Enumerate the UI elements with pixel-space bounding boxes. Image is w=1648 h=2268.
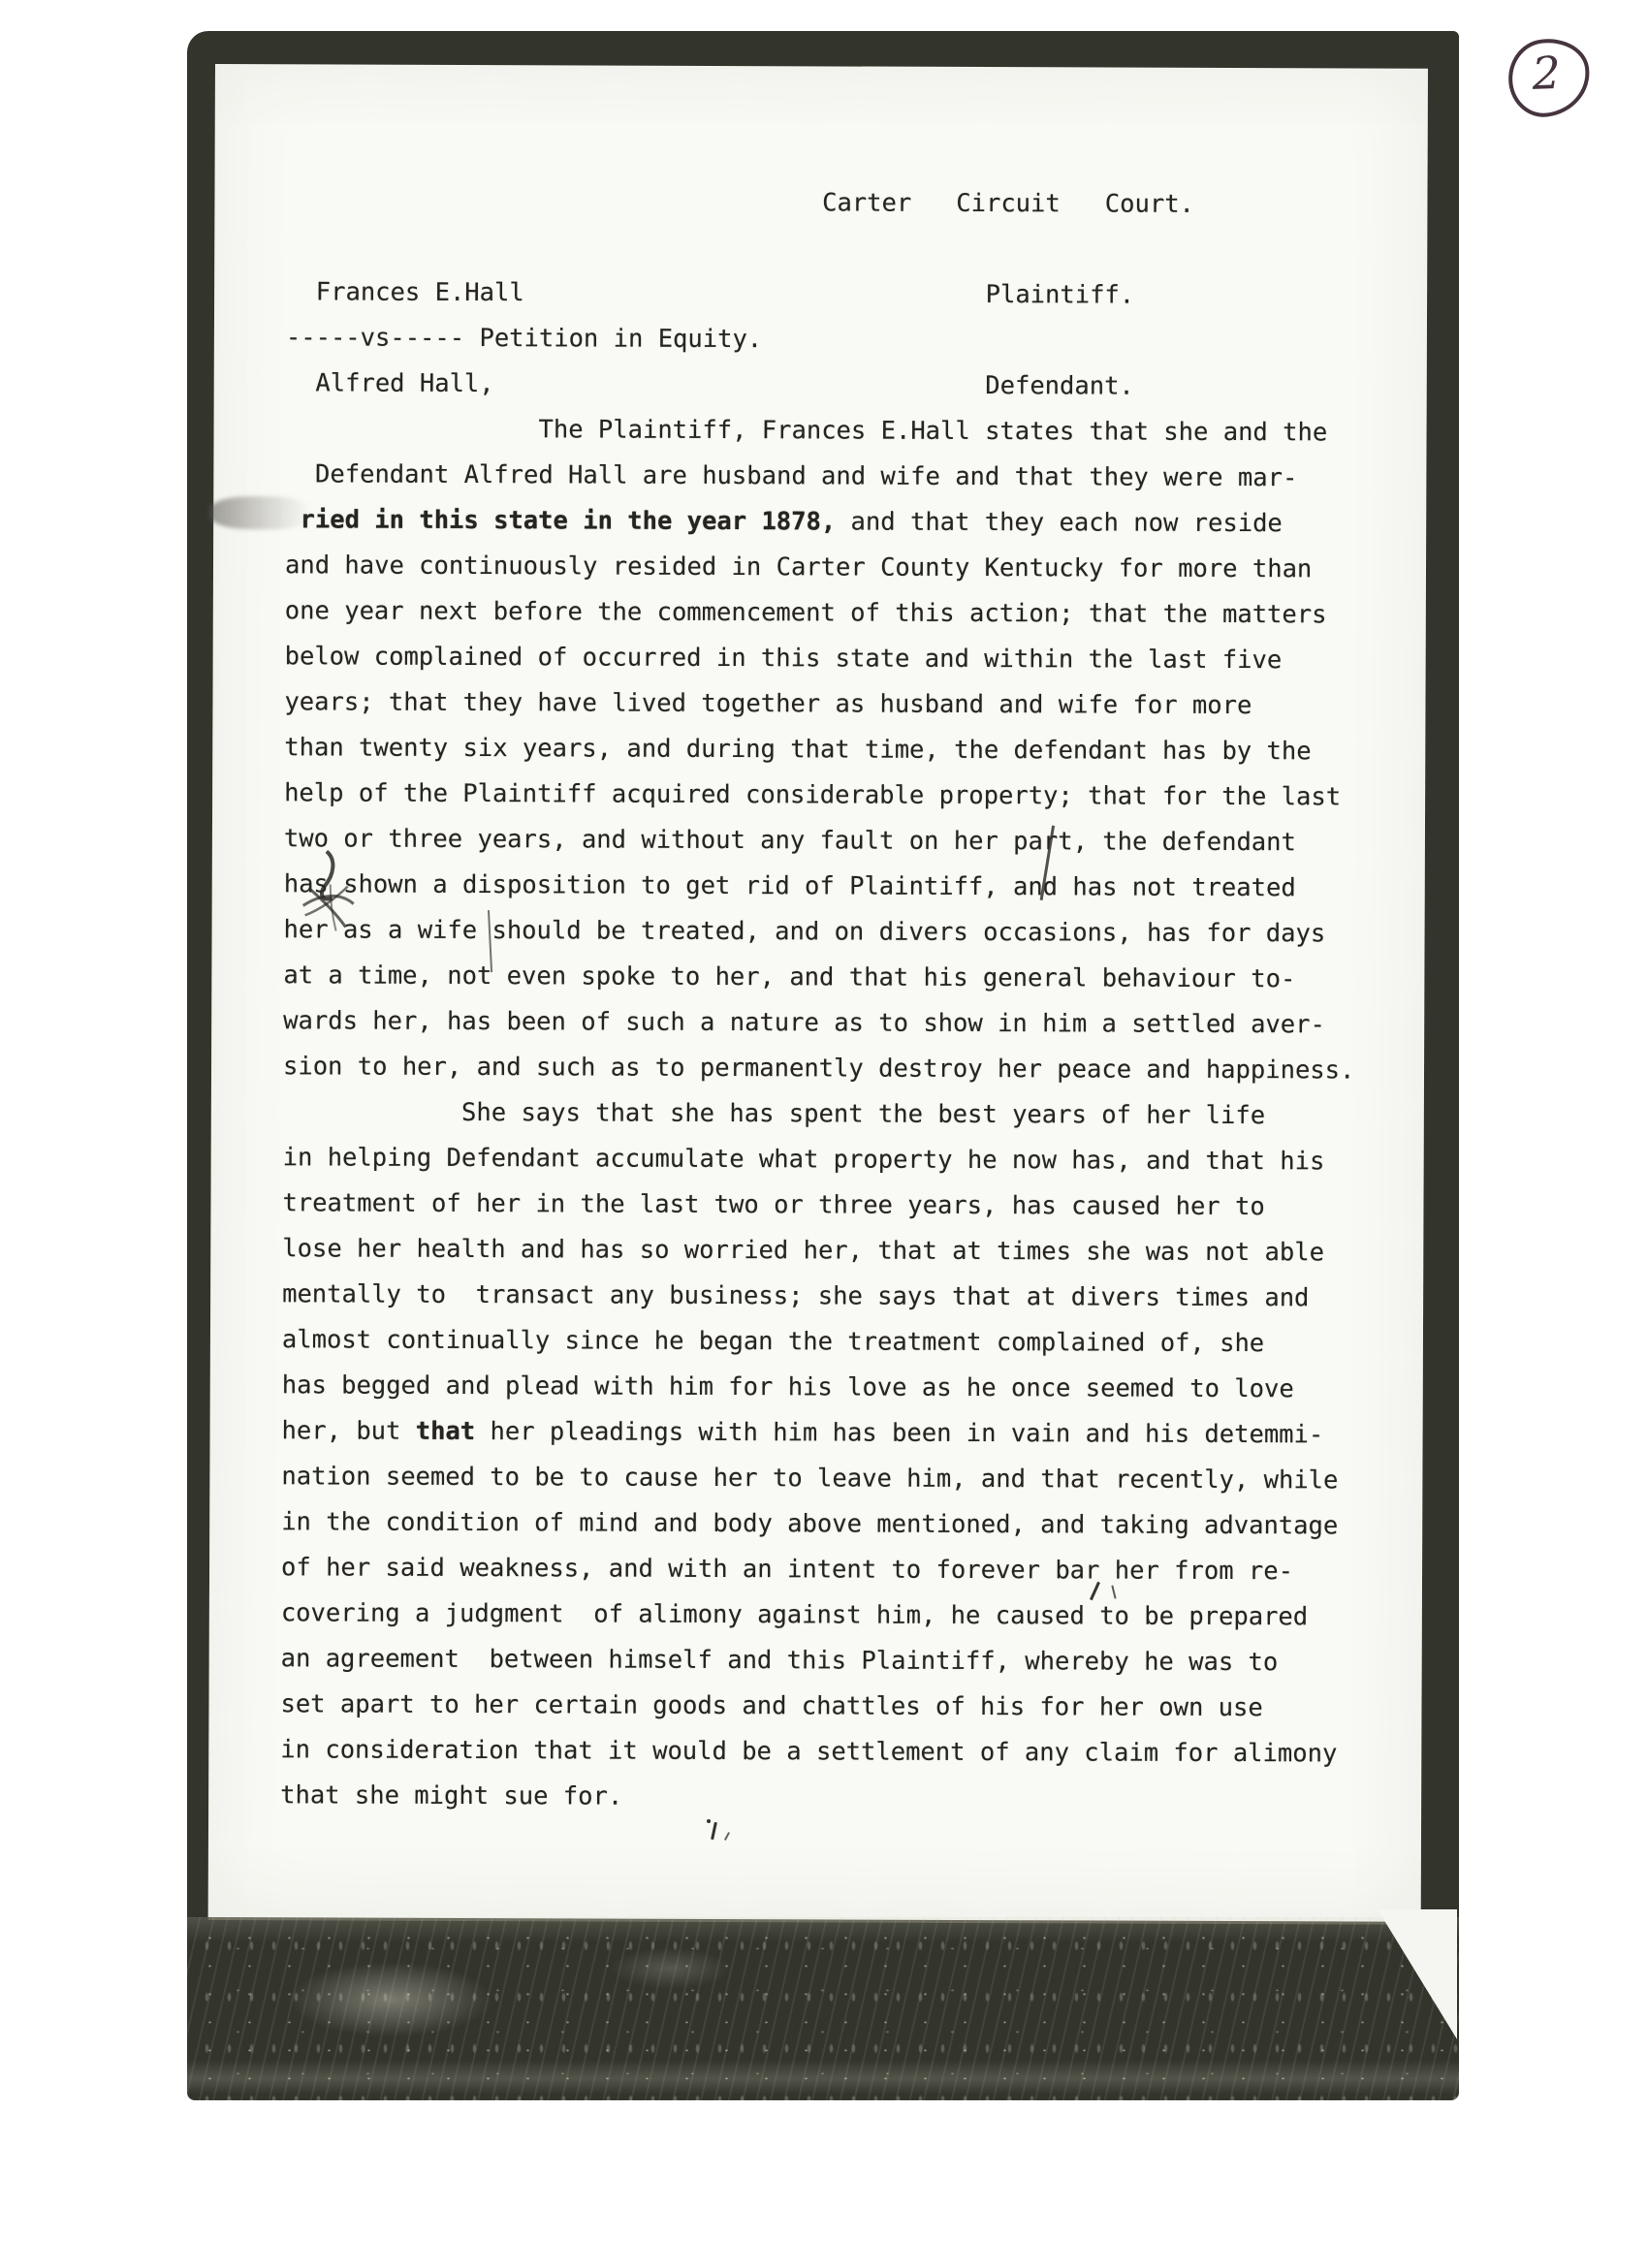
document-line: covering a judgment of alimony against h… <box>281 1591 1353 1640</box>
document-line: has begged and plead with him for his lo… <box>282 1363 1354 1412</box>
document-line: lose her health and has so worried her, … <box>282 1226 1354 1276</box>
document-line: set apart to her certain goods and chatt… <box>280 1682 1352 1731</box>
document-text-bold-segment: ried in this state in the year 1878, <box>300 505 836 536</box>
document-line: mentally to transact any business; she s… <box>282 1272 1354 1321</box>
document-line: in helping Defendant accumulate what pro… <box>283 1135 1355 1184</box>
document-text-segment: her, but <box>282 1416 416 1446</box>
document-line: her as a wife should be treated, and on … <box>283 907 1355 957</box>
document-line: in the condition of mind and body above … <box>281 1499 1353 1549</box>
document-line: at a time, not even spoke to her, and th… <box>283 953 1355 1002</box>
page-number: 2 <box>1532 50 1562 96</box>
document-text: Carter Circuit Court. Frances E.Hall Pla… <box>280 64 1358 1822</box>
document-line: Carter Circuit Court. <box>286 178 1358 228</box>
document-line: and have continuously resided in Carter … <box>285 543 1357 592</box>
document-line: sion to her, and such as to permanently … <box>283 1044 1355 1093</box>
document-line: of her said weakness, and with an intent… <box>281 1545 1353 1594</box>
document-line: in consideration that it would be a sett… <box>280 1727 1352 1777</box>
document-line: She says that she has spent the best yea… <box>283 1089 1355 1139</box>
page-number-annotation: 2 <box>1504 34 1594 121</box>
document-line: treatment of her in the last two or thre… <box>282 1181 1354 1230</box>
document-line: two or three years, and without any faul… <box>284 816 1356 866</box>
document-text-segment: and that they each now reside <box>836 507 1283 538</box>
document-line: years; that they have lived together as … <box>284 679 1356 729</box>
document-line: an agreement between himself and this Pl… <box>281 1636 1353 1685</box>
document-line: that she might sue for. <box>280 1773 1352 1822</box>
document-line: -----vs----- Petition in Equity. <box>286 315 1358 364</box>
document-line: Alfred Hall, Defendant. <box>286 361 1358 410</box>
document-line: ried in this state in the year 1878, and… <box>285 497 1357 547</box>
document-line: almost continually since he began the tr… <box>282 1317 1354 1367</box>
document-text-segment: her pleadings with him has been in vain … <box>475 1417 1323 1449</box>
document-line <box>286 224 1358 273</box>
document-text-bold-segment: that <box>416 1417 476 1446</box>
crumpled-backing-texture <box>187 1917 1459 2100</box>
document-page: Carter Circuit Court. Frances E.Hall Pla… <box>208 64 1428 1922</box>
document-line: below complained of occurred in this sta… <box>285 634 1357 683</box>
document-text-segment <box>285 505 300 534</box>
document-line: nation seemed to be to cause her to leav… <box>281 1454 1353 1503</box>
document-line: her, but that her pleadings with him has… <box>281 1408 1353 1458</box>
document-line: than twenty six years, and during that t… <box>284 725 1356 774</box>
photocopy-frame: Carter Circuit Court. Frances E.Hall Pla… <box>187 31 1459 2100</box>
document-line: one year next before the commencement of… <box>285 588 1357 638</box>
document-line: The Plaintiff, Frances E.Hall states tha… <box>285 406 1357 456</box>
document-line: Defendant Alfred Hall are husband and wi… <box>285 452 1357 501</box>
document-line: has shown a disposition to get rid of Pl… <box>284 862 1356 911</box>
document-line: Frances E.Hall Plaintiff. <box>286 269 1358 319</box>
document-line: help of the Plaintiff acquired considera… <box>284 771 1356 820</box>
ink-mark-bottom <box>705 1818 734 1847</box>
document-line: wards her, has been of such a nature as … <box>283 998 1355 1048</box>
